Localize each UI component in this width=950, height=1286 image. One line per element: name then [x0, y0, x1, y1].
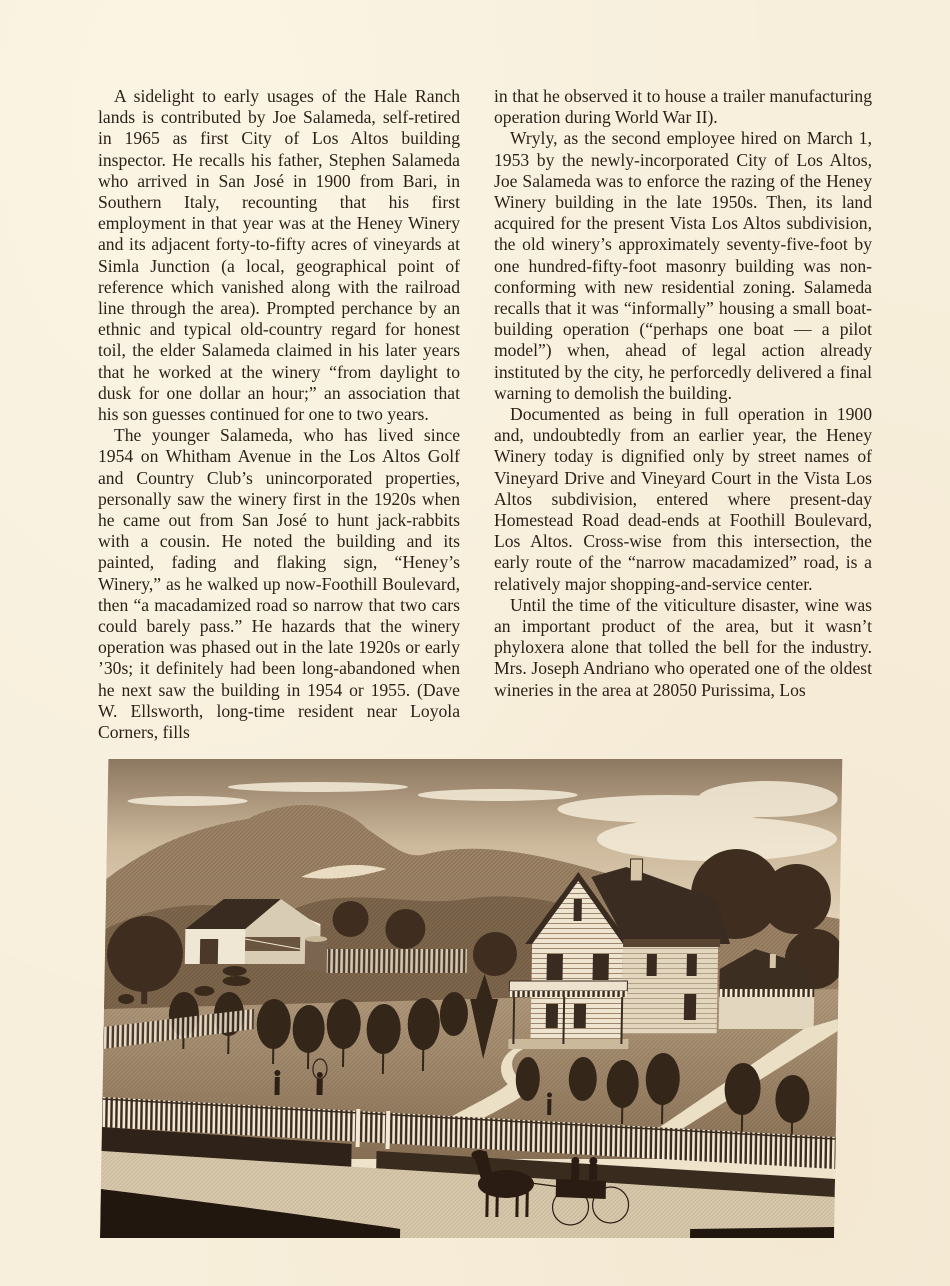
winery-farmhouse-engraving [100, 759, 842, 1238]
paragraph-wryly-razing: Wryly, as the second employee hired on M… [494, 128, 872, 404]
engraving-image [100, 759, 842, 1238]
document-page: A sidelight to early usages of the Hale … [0, 0, 950, 1286]
paragraph-younger-salameda: The younger Salameda, who has lived sinc… [98, 425, 460, 743]
paragraph-documented-operation: Documented as being in full operation in… [494, 404, 872, 595]
right-text-column: in that he observed it to house a traile… [494, 86, 872, 701]
paragraph-viticulture-disaster: Until the time of the viticulture disast… [494, 595, 872, 701]
left-text-column: A sidelight to early usages of the Hale … [98, 86, 460, 743]
paragraph-hale-ranch-sidelight: A sidelight to early usages of the Hale … [98, 86, 460, 425]
paragraph-continued-trailer: in that he observed it to house a traile… [494, 86, 872, 128]
